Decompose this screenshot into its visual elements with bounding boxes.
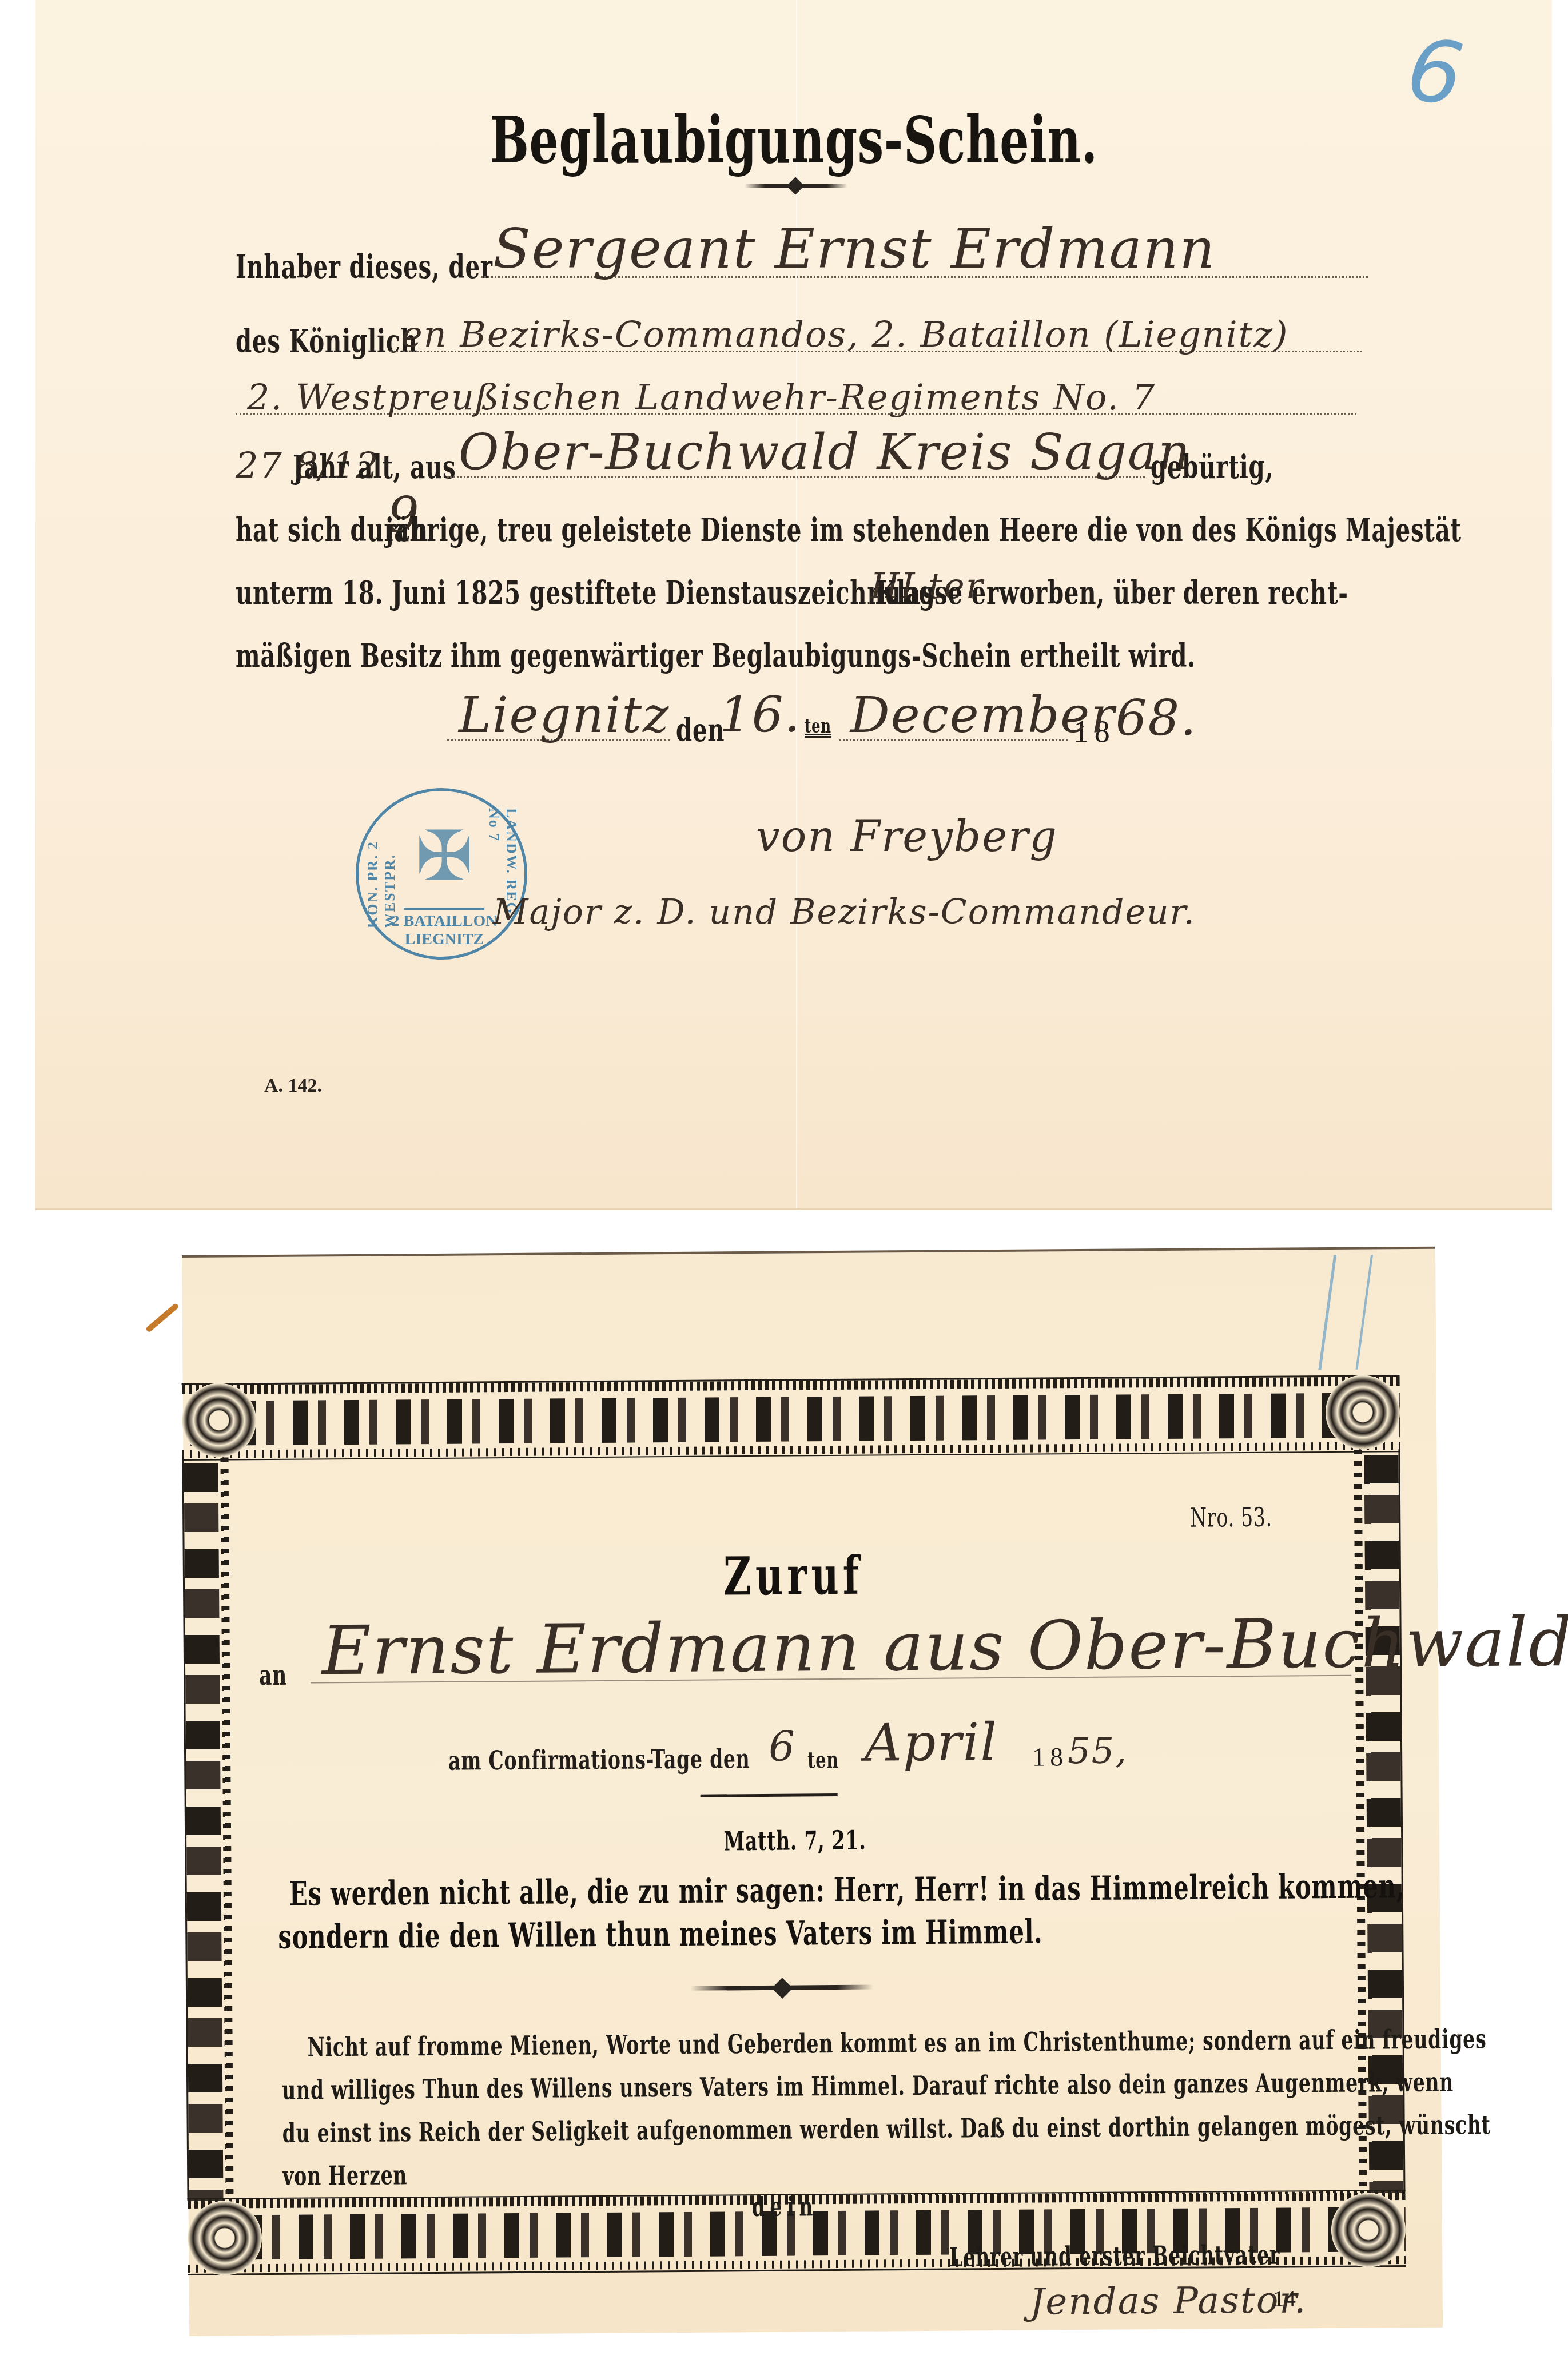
verse-line-2-text: sondern die den Willen thun meines Vater… — [278, 1912, 1043, 1956]
year-handwritten: 68. — [1116, 690, 1197, 747]
body-line-4: von Herzen — [282, 2159, 456, 2191]
date-ten: ten — [805, 715, 825, 738]
border-corner-tl — [182, 1383, 257, 1458]
confirmation-ten: ten — [807, 1747, 845, 1773]
unit-handwritten: en Bezirks-Commandos, 2. Bataillon (Lieg… — [401, 313, 1288, 355]
holder-name-handwritten: Sergeant Ernst Erdmann — [493, 217, 1216, 281]
birthplace-handwritten: Ober-Buchwald Kreis Sagan — [459, 424, 1191, 481]
certificate-number-text: Nro. 53. — [1190, 1502, 1272, 1533]
confirmation-day-handwritten: 6 — [769, 1722, 796, 1771]
holder-name-field: Sergeant Ernst Erdmann — [481, 276, 1368, 278]
confirmation-month-handwritten: April — [864, 1712, 998, 1773]
eagle-icon: ✠ — [413, 814, 476, 900]
line-issuance: mäßigen Besitz ihm gegenwärtiger Beglaub… — [236, 623, 1391, 675]
regiment-field: 2. Westpreußischen Landwehr-Regiments No… — [236, 413, 1356, 415]
age-suffix: Jahr alt, aus — [293, 448, 400, 486]
issue-place-field: Liegnitz — [447, 739, 670, 741]
closing-dein-text: dein — [751, 2191, 818, 2222]
confirmation-prefix: am Confirmations-Tage den — [448, 1744, 679, 1776]
title-ornament-diamond — [786, 177, 804, 194]
recipient-line: an Ernst Erdmann aus Ober-Buchwald — [258, 1604, 1374, 1692]
unit-prefix: des Königlich — [236, 323, 343, 360]
certificate-zuruf: Nro. 53. Zuruf an Ernst Erdmann aus Ober… — [182, 1247, 1443, 2336]
award-suffix: Klasse erworben, über deren recht- — [876, 574, 1247, 612]
birthplace-suffix: gebürtig, — [1151, 448, 1233, 486]
stamp-ring-text-left: KÖN. PR. 2 WESTPR. — [364, 814, 399, 928]
document-title: Beglaubigungs-Schein. — [35, 103, 1552, 178]
verse-reference-text: Matth. 7, 21. — [724, 1825, 866, 1857]
page-number: 14 — [1273, 2285, 1296, 2312]
confirmation-year-handwritten: 55, — [1068, 1729, 1128, 1772]
issue-day-handwritten: 16. — [719, 686, 801, 743]
an-label: an — [259, 1660, 292, 1692]
title-text: Beglaubigungs-Schein. — [489, 103, 1097, 178]
body-line-4-text: von Herzen — [282, 2159, 407, 2191]
line-holder-name: Inhaber dieses, der Sergeant Ernst Erdma… — [236, 229, 1379, 286]
recipient-handwritten: Ernst Erdmann aus Ober-Buchwald — [321, 1602, 1568, 1690]
line-award: unterm 18. Juni 1825 gestiftete Dienstau… — [236, 560, 1391, 612]
signer-title: Lehrer und erster Beichtvater — [949, 2238, 1408, 2273]
confirmation-date-line: am Confirmations-Tage den 6 ten April 18… — [448, 1708, 1249, 1776]
verse-line-2: sondern die den Willen thun meines Vater… — [278, 1910, 1340, 1956]
border-corner-tr — [1326, 1375, 1400, 1450]
issue-date-line: Liegnitz den 16. ten December 18 68. — [447, 686, 1248, 749]
verse-line-1-text: Es werden nicht alle, die zu mir sagen: … — [289, 1867, 1406, 1913]
official-stamp: KÖN. PR. 2 WESTPR. LANDW. REG. No 7 ✠ 2 … — [356, 788, 527, 960]
signature-title: Major z. D. und Bezirks-Commandeur. — [493, 892, 1196, 932]
signature-freyberg: von Freyberg — [756, 812, 1058, 861]
form-number: A. 142. — [264, 1075, 322, 1097]
certificate-number: Nro. 53. — [1190, 1501, 1304, 1533]
red-thread — [145, 1303, 180, 1333]
issue-month-handwritten: December — [850, 687, 1116, 744]
zuruf-title-text: Zuruf — [723, 1545, 863, 1608]
unit-field: en Bezirks-Commandos, 2. Bataillon (Lieg… — [390, 351, 1362, 352]
service-text: jährige, treu geleistete Dienste im steh… — [385, 511, 1332, 549]
confirmation-year-printed: 18 — [1032, 1741, 1068, 1772]
issue-month-field: December — [839, 739, 1068, 741]
stamp-divider — [404, 908, 484, 910]
line-regiment: 2. Westpreußischen Landwehr-Regiments No… — [236, 366, 1379, 423]
age-handwritten: 27 8/12 — [236, 444, 287, 486]
signer-title-text: Lehrer und erster Beichtvater — [949, 2239, 1280, 2273]
pastor-signature: Jendas Pastor. — [1030, 2279, 1307, 2323]
birthplace-field: Ober-Buchwald Kreis Sagan — [447, 476, 1145, 478]
service-prefix: hat sich durch — [236, 511, 339, 549]
zuruf-title: Zuruf — [184, 1541, 1403, 1611]
class-field: III ter — [865, 602, 870, 604]
line-unit: des Königlich en Bezirks-Commandos, 2. B… — [236, 303, 1379, 360]
holder-prefix: Inhaber dieses, der — [236, 248, 408, 286]
date-den: den — [676, 711, 705, 749]
border-top — [182, 1375, 1400, 1461]
issue-place-handwritten: Liegnitz — [459, 687, 670, 744]
award-text: unterm 18. Juni 1825 gestiftete Dienstau… — [236, 574, 684, 612]
stamp-city: LIEGNITZ — [359, 930, 530, 949]
line-service-years: hat sich durch 9 jährige, treu geleistet… — [236, 498, 1391, 549]
border-corner-bl — [188, 2201, 262, 2275]
issuance-text: mäßigen Besitz ihm gegenwärtiger Beglaub… — [236, 637, 1196, 675]
line-age-birthplace: 27 8/12 Jahr alt, aus Ober-Buchwald Krei… — [236, 429, 1391, 486]
closing-dein: dein — [751, 2191, 843, 2222]
regiment-handwritten: 2. Westpreußischen Landwehr-Regiments No… — [247, 376, 1156, 418]
archive-mark-pencil — [1318, 1255, 1373, 1370]
certificate-beglaubigungs-schein: 6 Beglaubigungs-Schein. Inhaber dieses, … — [35, 0, 1552, 1210]
recipient-field: Ernst Erdmann aus Ober-Buchwald — [311, 1675, 1351, 1684]
